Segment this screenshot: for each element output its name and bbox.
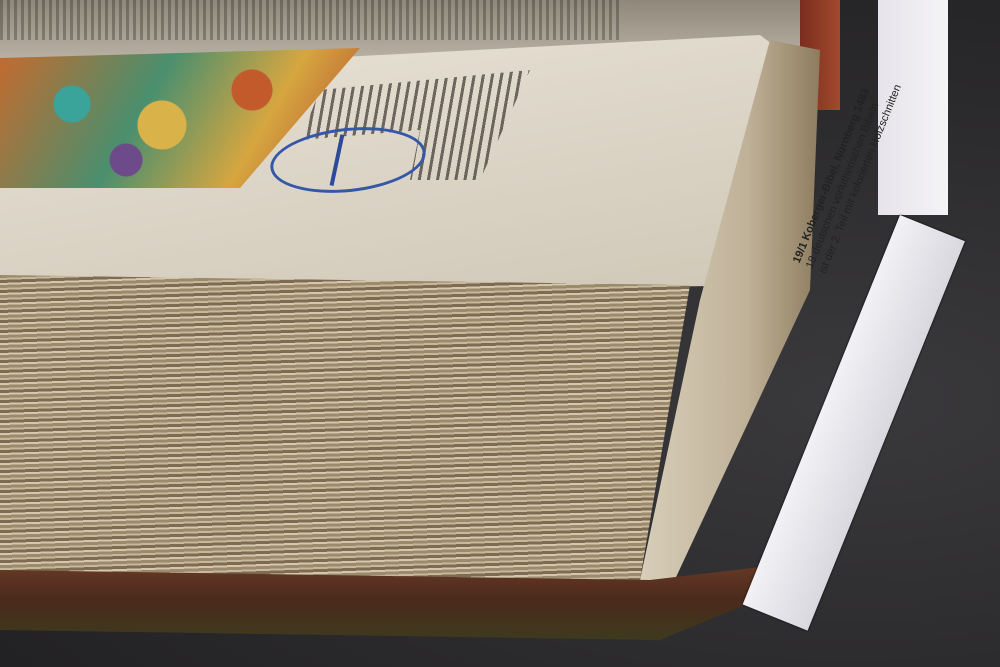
page-fore-edge [0, 275, 700, 585]
printed-text-lines [0, 0, 620, 40]
photo-scene: 19/1 Koberger-Bibel, Nürnberg 1483 18 de… [0, 0, 1000, 667]
